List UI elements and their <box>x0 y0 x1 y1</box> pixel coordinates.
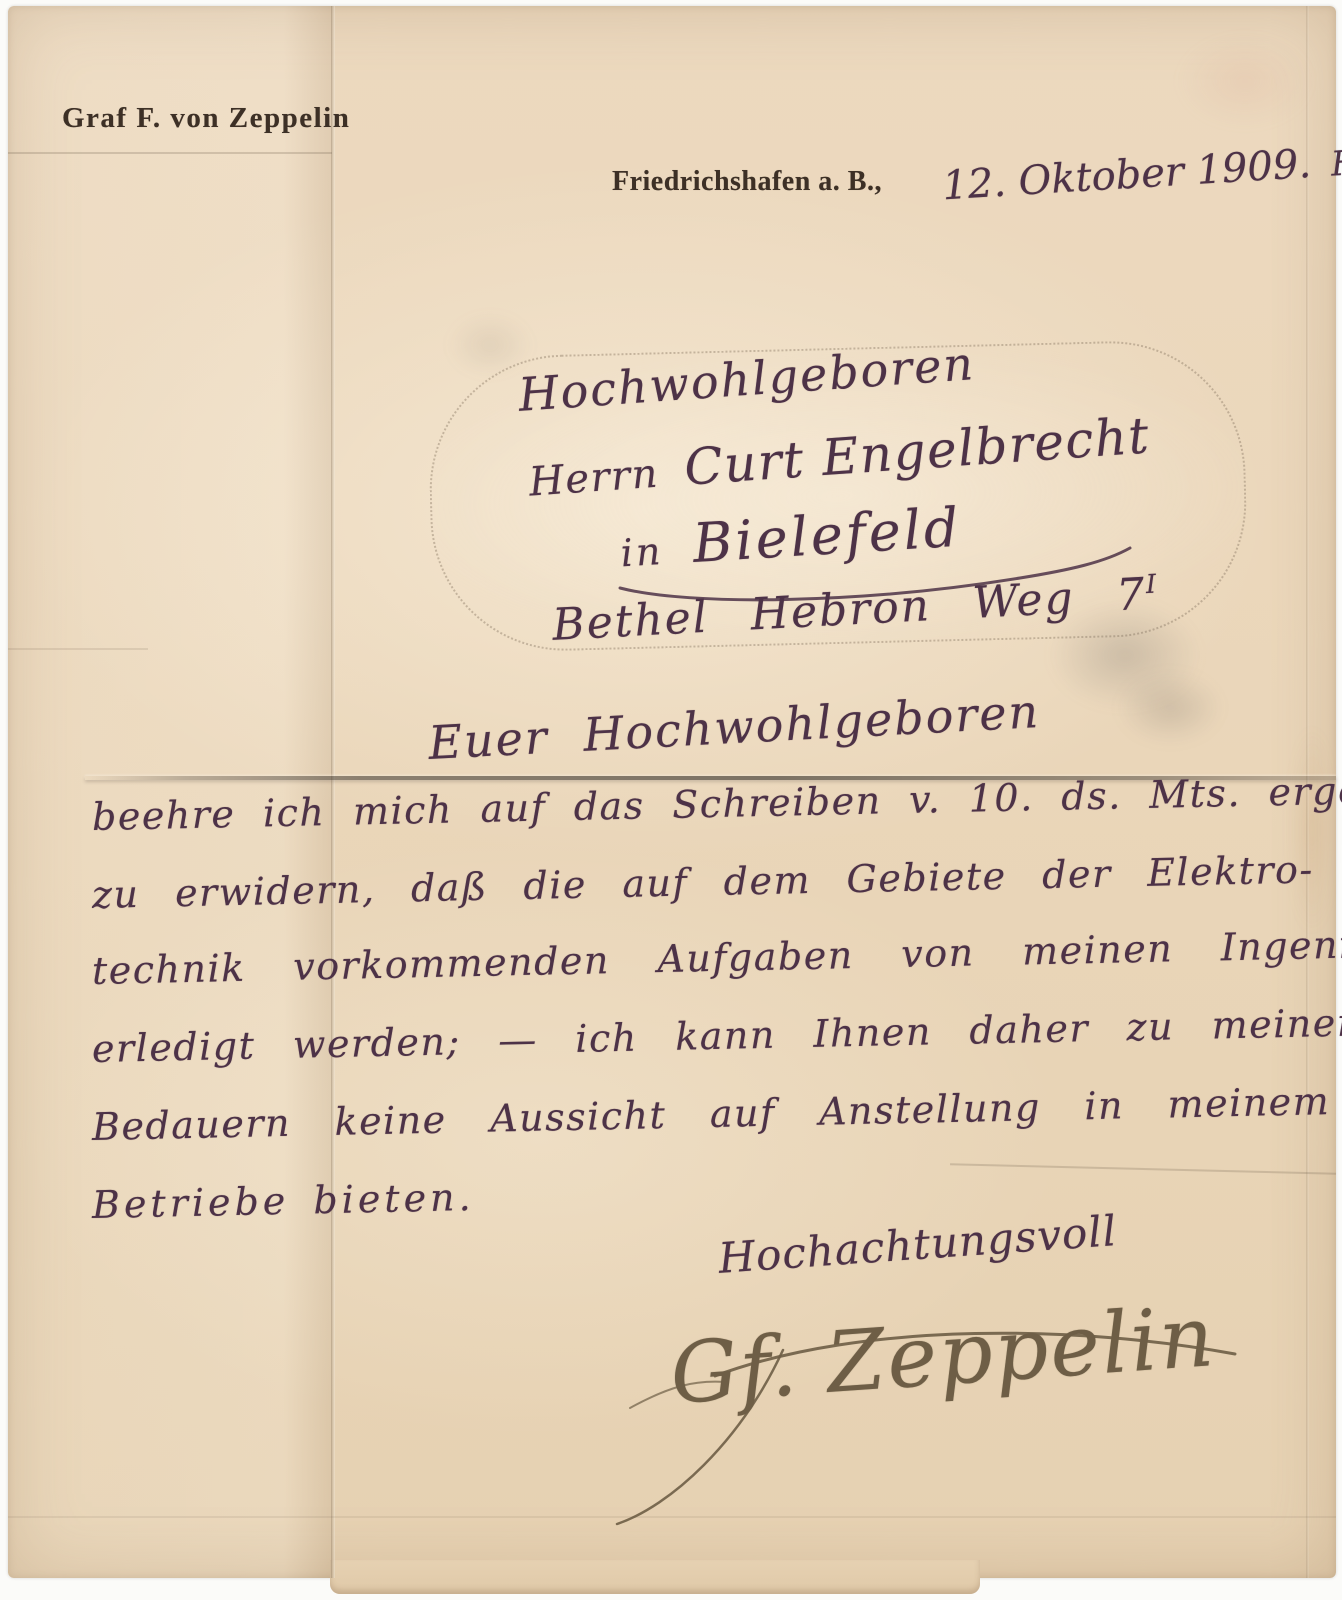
letterhead-name: Graf F. von Zeppelin <box>62 102 350 135</box>
stain-mark <box>1150 16 1340 146</box>
street-superscript: I <box>1145 569 1159 600</box>
paper-bottom-flap <box>330 1560 980 1594</box>
stain-mark <box>1095 655 1245 760</box>
recipient-prefix: Herrn <box>527 451 660 506</box>
scan-background: Graf F. von Zeppelin Friedrichshafen a. … <box>0 0 1342 1600</box>
body-line: Betriebe bieten. <box>92 1175 476 1227</box>
crease-line <box>8 648 148 650</box>
crease-line <box>8 152 332 154</box>
signature-block: Gf. Zeppelin <box>575 1258 1275 1558</box>
dateline-place: Friedrichshafen a. B., <box>612 166 882 198</box>
date-paraph: Hn <box>1330 142 1342 185</box>
